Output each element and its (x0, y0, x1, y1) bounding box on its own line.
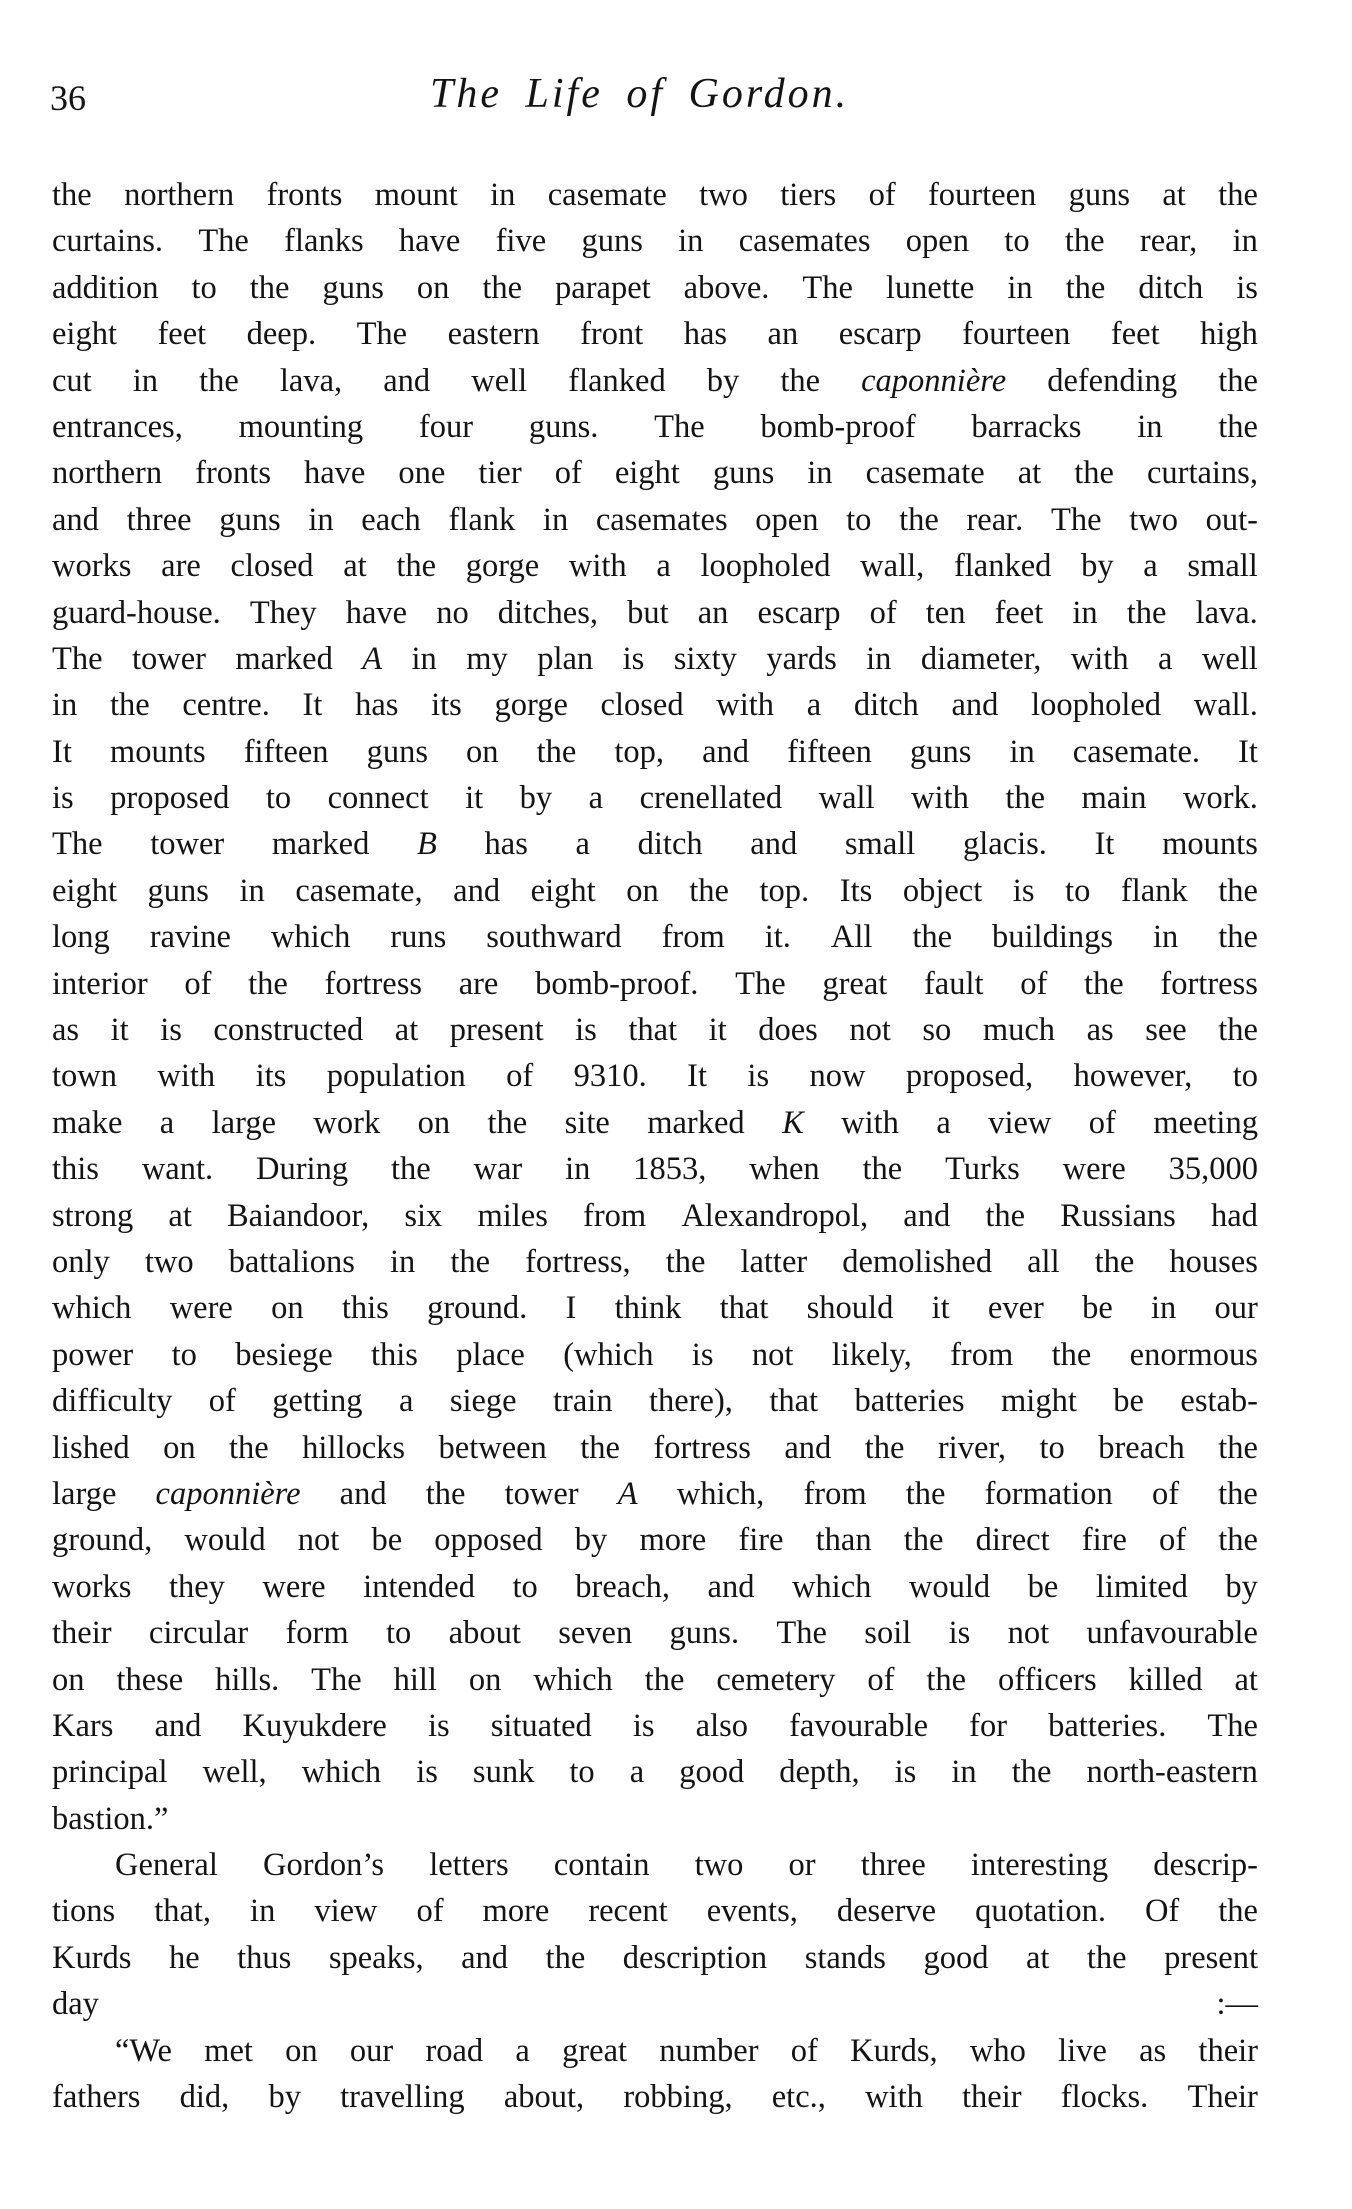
word: guns (581, 218, 642, 264)
word: with (569, 543, 627, 589)
text-line: ground,wouldnotbeopposedbymorefirethanth… (52, 1517, 1258, 1563)
word: escarp (757, 590, 840, 636)
word: six (404, 1193, 442, 1239)
word: all (1027, 1239, 1059, 1285)
word: in (1137, 404, 1162, 450)
word: A (362, 636, 382, 682)
word: on (469, 1657, 502, 1703)
word: caponnière (861, 358, 1006, 404)
word: tions (52, 1888, 115, 1934)
word: ditch (854, 682, 919, 728)
word: fifteen (244, 729, 329, 775)
word: travelling (340, 2074, 465, 2120)
word: the (1218, 1517, 1258, 1563)
word: it (465, 775, 483, 821)
word: feet (1111, 311, 1160, 357)
word: ten (926, 590, 966, 636)
word: tower (132, 636, 206, 682)
word: crenellated (640, 775, 783, 821)
word: defending (1047, 358, 1177, 404)
word: lished (52, 1425, 130, 1471)
word: feet (995, 590, 1044, 636)
word: place (456, 1332, 525, 1378)
word: the (110, 682, 150, 728)
word: however, (1074, 1053, 1193, 1099)
word: on (466, 729, 499, 775)
word: the (689, 868, 729, 914)
word: five (496, 218, 547, 264)
word: the (426, 1471, 466, 1517)
word: to (513, 1564, 538, 1610)
word: view (314, 1888, 377, 1934)
text-line: thiswant.Duringthewarin1853,whentheTurks… (52, 1146, 1258, 1192)
word: guns (910, 729, 971, 775)
word: with (841, 1100, 899, 1146)
word: be (1082, 1285, 1113, 1331)
word: hills. (215, 1657, 279, 1703)
word: which (52, 1285, 131, 1331)
word: flanked (954, 543, 1051, 589)
word: recent (588, 1888, 667, 1934)
word: the (1218, 1471, 1258, 1517)
word: road (425, 2028, 483, 2074)
word: this (371, 1332, 418, 1378)
word: The (1207, 1703, 1258, 1749)
running-head: The Life of Gordon. (430, 66, 850, 122)
word: sunk (473, 1749, 534, 1795)
word: the (1218, 868, 1258, 914)
word: on (418, 1100, 451, 1146)
word: breach (1098, 1425, 1185, 1471)
word: All (831, 914, 873, 960)
word: mount (375, 172, 458, 218)
word: ditch (1138, 265, 1203, 311)
word: hillocks (302, 1425, 405, 1471)
word: two (695, 1842, 744, 1888)
word: the (199, 358, 239, 404)
word: as (1139, 2028, 1166, 2074)
word: with (157, 1053, 215, 1099)
word: buildings (992, 914, 1113, 960)
text-line: andthreegunsineachflankincasematesopento… (52, 497, 1258, 543)
word: their (52, 1610, 112, 1656)
word: fire (738, 1517, 783, 1563)
word: and (453, 868, 500, 914)
word: it (932, 1285, 950, 1331)
word: the (450, 1239, 490, 1285)
word: stands (805, 1935, 886, 1981)
word: the (229, 1425, 269, 1471)
text-line: makealargeworkonthesitemarkedKwithaviewo… (52, 1100, 1258, 1146)
word: demolished (842, 1239, 992, 1285)
text-line: onlytwobattalionsinthefortress,thelatter… (52, 1239, 1258, 1285)
word: is (428, 1703, 450, 1749)
word: 1853, (633, 1146, 706, 1192)
word: principal (52, 1749, 168, 1795)
word: the (1218, 404, 1258, 450)
word: between (439, 1425, 547, 1471)
word: than (816, 1517, 872, 1563)
word: is (949, 1610, 971, 1656)
word: flank (1121, 868, 1188, 914)
word: front (580, 311, 643, 357)
word: that (628, 1007, 677, 1053)
word: by (1225, 1564, 1258, 1610)
word: out- (1206, 497, 1258, 543)
word: site (565, 1100, 610, 1146)
word: seven (558, 1610, 632, 1656)
word: the (1218, 1425, 1258, 1471)
word: strong (52, 1193, 133, 1239)
word: on (626, 868, 659, 914)
word: loopholed (701, 543, 831, 589)
word: fathers (52, 2074, 140, 2120)
word: tiers (780, 172, 836, 218)
word: at (168, 1193, 191, 1239)
text-line: guard-house.Theyhavenoditches,butanescar… (52, 590, 1258, 636)
word: guns (219, 497, 280, 543)
word: in (951, 1749, 976, 1795)
text-line: asitisconstructedatpresentisthatitdoesno… (52, 1007, 1258, 1053)
word: depth, (779, 1749, 859, 1795)
word: so (922, 1007, 951, 1053)
word: a (630, 1749, 644, 1795)
word: the (912, 914, 952, 960)
word: contain (554, 1842, 650, 1888)
text-line: difficultyofgettingasiegetrainthere),tha… (52, 1378, 1258, 1424)
word: guns (148, 868, 209, 914)
word: guns. (529, 404, 599, 450)
word: of (416, 1888, 443, 1934)
word: guns (1069, 172, 1130, 218)
word: which, (677, 1471, 765, 1517)
word: to (172, 1332, 197, 1378)
word: well, (203, 1749, 267, 1795)
word: and (903, 1193, 950, 1239)
word: fifteen (787, 729, 872, 775)
word: with (911, 775, 969, 821)
word: diameter, (921, 636, 1042, 682)
word: north-eastern (1086, 1749, 1257, 1795)
word: the (488, 1100, 528, 1146)
word: Their (1187, 2074, 1257, 2120)
word: as (52, 1007, 79, 1053)
word: of (791, 2028, 818, 2074)
word: eight (615, 450, 680, 496)
text-line: workstheywereintendedtobreach,andwhichwo… (52, 1564, 1258, 1610)
word: works (52, 1564, 131, 1610)
word: great (822, 961, 887, 1007)
word: The (52, 821, 103, 867)
word: to (569, 1749, 594, 1795)
word: eastern (448, 311, 540, 357)
word: present (450, 1007, 544, 1053)
word: had (1211, 1193, 1258, 1239)
word: two (145, 1239, 194, 1285)
word: about, (504, 2074, 584, 2120)
word: long (52, 914, 110, 960)
word: well (471, 358, 527, 404)
word: wall, (860, 543, 924, 589)
word: speaks, (329, 1935, 424, 1981)
word: connect (328, 775, 429, 821)
word: the (1218, 1007, 1258, 1053)
word: on (417, 265, 450, 311)
word: is (692, 1332, 714, 1378)
text-line: ThetowermarkedAinmyplanissixtyyardsindia… (52, 636, 1258, 682)
word: in (1072, 590, 1097, 636)
word: fourteen (962, 311, 1070, 357)
word: runs (390, 914, 446, 960)
word: are (161, 543, 201, 589)
word: to (266, 775, 291, 821)
word: in (412, 636, 437, 682)
word: flanked (568, 358, 665, 404)
word: is (52, 775, 74, 821)
word: barracks (971, 404, 1081, 450)
word: the (1218, 1888, 1258, 1934)
word: would (909, 1564, 990, 1610)
word: opposed (434, 1517, 542, 1563)
word: marked (647, 1100, 744, 1146)
word: not (849, 1007, 891, 1053)
word: more (639, 1517, 706, 1563)
word: have (346, 590, 407, 636)
word: rear. (966, 497, 1023, 543)
word: ever (988, 1285, 1044, 1331)
text-line: townwithitspopulationof9310.Itisnowpropo… (52, 1053, 1258, 1099)
word: centre. (182, 682, 270, 728)
word: at (343, 543, 366, 589)
word: the (1012, 1749, 1052, 1795)
text-line: whichwereonthisground.Ithinkthatshouldit… (52, 1285, 1258, 1331)
word: think (615, 1285, 682, 1331)
word: have (399, 218, 460, 264)
word: is (747, 1053, 769, 1099)
word: likely, (832, 1332, 912, 1378)
word: fire (1082, 1517, 1127, 1563)
word: in (866, 636, 891, 682)
word: which (792, 1564, 871, 1610)
word: only (52, 1239, 110, 1285)
word: a (1158, 636, 1172, 682)
text-line: principalwell,whichissunktoagooddepth,is… (52, 1749, 1258, 1795)
word: in (543, 497, 568, 543)
word: small (1187, 543, 1257, 589)
word: population (327, 1053, 466, 1099)
word: he (169, 1935, 200, 1981)
word: proposed, (906, 1053, 1033, 1099)
word: They (250, 590, 317, 636)
word: to (1039, 1425, 1064, 1471)
word: Turks (945, 1146, 1020, 1192)
word: each (361, 497, 421, 543)
word: their (962, 2074, 1022, 2120)
word: great (562, 2028, 627, 2074)
word: of (867, 1657, 894, 1703)
word: were (1063, 1146, 1126, 1192)
word: about (449, 1610, 521, 1656)
word: a (656, 543, 670, 589)
word: were (262, 1564, 325, 1610)
word: works (52, 543, 131, 589)
word: closed (231, 543, 314, 589)
word: with (865, 2074, 923, 2120)
word: fortress (325, 961, 422, 1007)
word: it (111, 1007, 129, 1053)
word: did, (180, 2074, 230, 2120)
word: to (386, 1610, 411, 1656)
word: that, (154, 1888, 211, 1934)
text-line: strongatBaiandoor,sixmilesfromAlexandrop… (52, 1193, 1258, 1239)
word: formation (985, 1471, 1113, 1517)
word: fourteen (928, 172, 1036, 218)
word: the (546, 1935, 586, 1981)
word: is (895, 1749, 917, 1795)
word: of (869, 172, 896, 218)
word: this (52, 1146, 99, 1192)
text-line: additiontothegunsontheparapetabove.Thelu… (52, 265, 1258, 311)
word: caponnière (156, 1471, 301, 1517)
word: and (52, 497, 99, 543)
word: see (1145, 1007, 1187, 1053)
word: open (906, 218, 969, 264)
word: is (160, 1007, 182, 1053)
word: tower (505, 1471, 579, 1517)
word: entrances, (52, 404, 183, 450)
word: the (1005, 775, 1045, 821)
word: a (576, 821, 590, 867)
word: casemate (548, 172, 667, 218)
text-line: Kurdshethusspeaks,andthedescriptionstand… (52, 1935, 1258, 1981)
word: 35,000 (1169, 1146, 1258, 1192)
word: on (271, 1285, 304, 1331)
word: a (515, 2028, 529, 2074)
word: casemate. (1073, 729, 1200, 775)
word: it (709, 1007, 727, 1053)
word: constructed (213, 1007, 363, 1053)
word: object (903, 868, 982, 914)
word: estab- (1180, 1378, 1258, 1424)
word: at (1235, 1657, 1258, 1703)
word: The (654, 404, 705, 450)
word: bomb-proof. (535, 961, 698, 1007)
word: cemetery (716, 1657, 835, 1703)
word: is (1013, 868, 1035, 914)
word: and (708, 1564, 755, 1610)
text-line: eightgunsincasemate,andeightonthetop.Its… (52, 868, 1258, 914)
word: feet (157, 311, 206, 357)
word: description (623, 1935, 767, 1981)
word: on (163, 1425, 196, 1471)
word: flanks (284, 218, 363, 264)
word: officers (998, 1657, 1097, 1703)
word: gorge (466, 543, 539, 589)
word: tier (478, 450, 521, 496)
word: deep. (247, 311, 316, 357)
word: who (970, 2028, 1026, 2074)
word: Alexandropol, (681, 1193, 868, 1239)
word: the (1127, 590, 1167, 636)
word: eight (531, 868, 596, 914)
word: top. (760, 868, 810, 914)
text-line: isproposedtoconnectitbyacrenellatedwallw… (52, 775, 1258, 821)
word: mounts (1162, 821, 1258, 867)
word: rear, (1140, 218, 1197, 264)
word: in (1151, 1285, 1176, 1331)
word: enormous (1130, 1332, 1258, 1378)
word: a (1143, 543, 1157, 589)
word: these (116, 1657, 183, 1703)
word: live (1058, 2028, 1107, 2074)
text-line: tionsthat,inviewofmorerecentevents,deser… (52, 1888, 1258, 1934)
text-line: “WemetonourroadagreatnumberofKurds,wholi… (52, 2028, 1258, 2074)
word: large (212, 1100, 276, 1146)
word: to (1004, 218, 1029, 264)
word: the (899, 497, 939, 543)
word: (which (563, 1332, 653, 1378)
word: sixty (674, 636, 737, 682)
word: of (209, 1378, 236, 1424)
word: to (1065, 868, 1090, 914)
word: and (340, 1471, 387, 1517)
word: is (1236, 265, 1258, 311)
word: lava. (1196, 590, 1258, 636)
word: at (395, 1007, 418, 1053)
word: open (755, 497, 818, 543)
word: casemate, (295, 868, 422, 914)
word: to (846, 497, 871, 543)
word: of (1020, 961, 1047, 1007)
word: in (308, 497, 333, 543)
word: the (1087, 1935, 1127, 1981)
word: fault (924, 961, 984, 1007)
word: difficulty (52, 1378, 172, 1424)
word: the (666, 1239, 706, 1285)
word: houses (1169, 1239, 1257, 1285)
word: my (466, 636, 508, 682)
word: casemates (596, 497, 728, 543)
word: of (555, 450, 582, 496)
word: “We (115, 2028, 172, 2074)
word: at (1018, 450, 1041, 496)
word: no (436, 590, 469, 636)
word: mounts (110, 729, 206, 775)
word: lava, (280, 358, 342, 404)
word: in (807, 450, 832, 496)
word: the (248, 961, 288, 1007)
word: were (170, 1285, 233, 1331)
word: work (313, 1100, 380, 1146)
word: the (580, 1425, 620, 1471)
word: interesting (971, 1842, 1108, 1888)
text-line: thenorthernfrontsmountincasematetwotiers… (52, 172, 1258, 218)
word: The (1051, 497, 1102, 543)
word: has (485, 821, 528, 867)
word: would (184, 1517, 265, 1563)
word: has (684, 311, 727, 357)
word: K (782, 1100, 804, 1146)
word: ravine (150, 914, 231, 960)
word: Baiandoor, (227, 1193, 369, 1239)
word: It (1095, 821, 1115, 867)
word: met (204, 2028, 253, 2074)
word: by (268, 2074, 301, 2120)
word: the (865, 1425, 905, 1471)
word: breach, (575, 1564, 670, 1610)
page-number: 36 (50, 74, 86, 122)
word: unfavourable (1087, 1610, 1258, 1656)
